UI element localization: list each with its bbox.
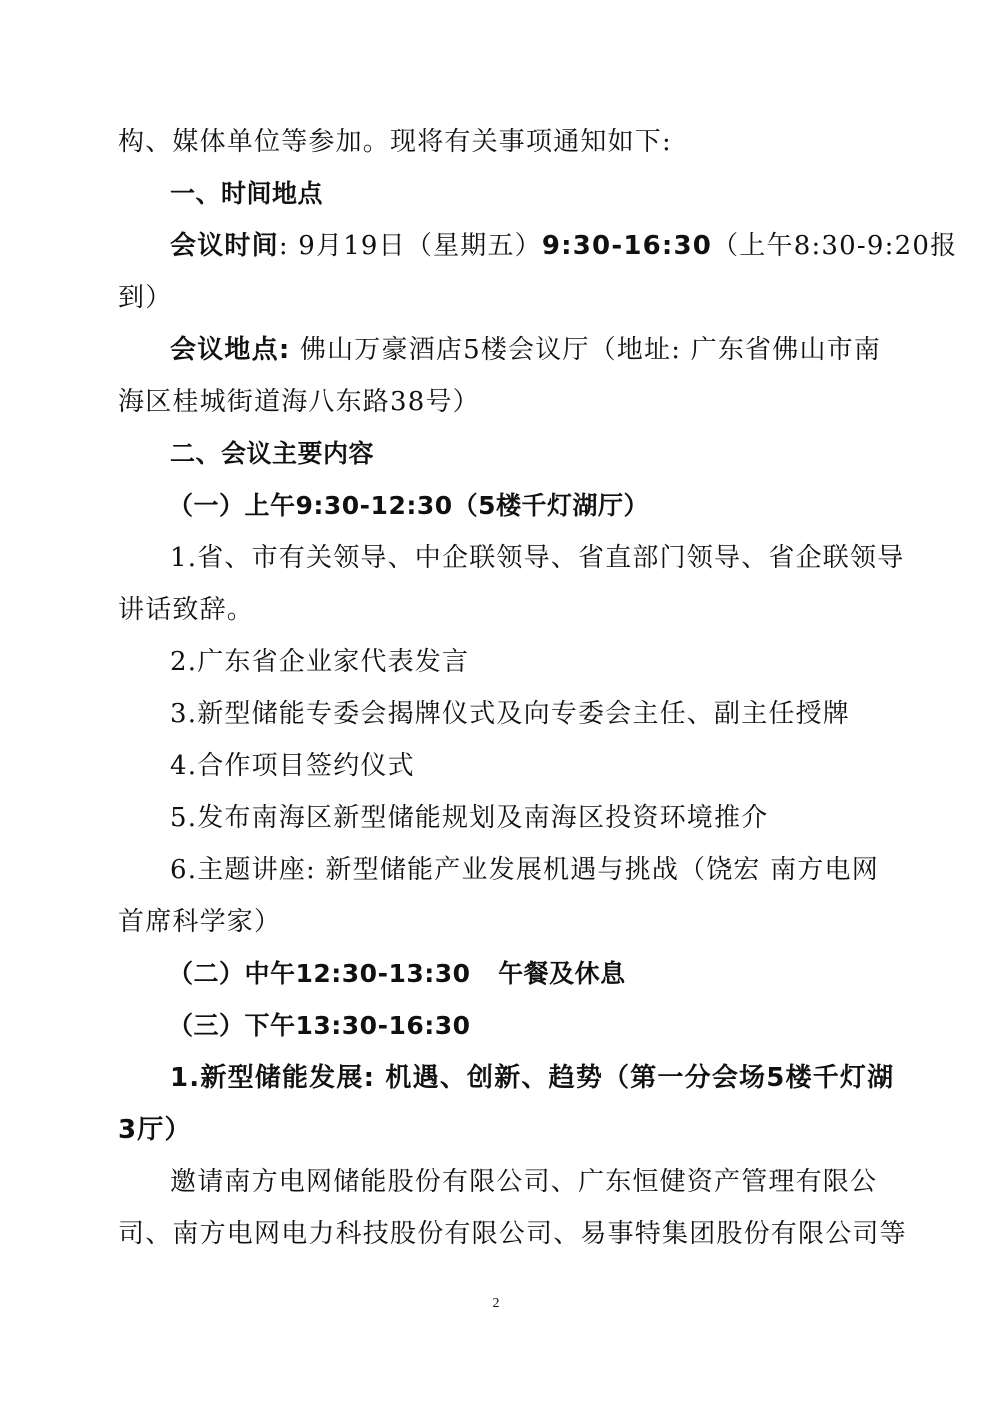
meeting-location-line: 会议地点: 佛山万豪酒店5楼会议厅（地址: 广东省佛山市南 [170,333,940,367]
agenda-item-3: 3.新型储能专委会揭牌仪式及向专委会主任、副主任授牌 [170,697,940,731]
agenda-item-5: 5.发布南海区新型储能规划及南海区投资环境推介 [170,801,940,835]
agenda-item-1-continuation: 讲话致辞。 [118,593,888,627]
meeting-time-value: 9:30-16:30 [542,231,712,261]
subsection-noon: （二）中午12:30-13:30 午餐及休息 [168,957,938,991]
agenda-item-2: 2.广东省企业家代表发言 [170,645,940,679]
invitation-paragraph: 邀请南方电网储能股份有限公司、广东恒健资产管理有限公 [170,1165,940,1199]
agenda-item-4: 4.合作项目签约仪式 [170,749,940,783]
intro-continuation: 构、媒体单位等参加。现将有关事项通知如下: [118,125,888,159]
agenda-item-1: 1.省、市有关领导、中企联领导、省直部门领导、省企联领导 [170,541,940,575]
meeting-time-label: 会议时间 [170,231,279,261]
afternoon-item-1: 1.新型储能发展: 机遇、创新、趋势（第一分会场5楼千灯湖 [170,1061,940,1095]
meeting-time-continuation: 到） [118,281,888,315]
meeting-time-line: 会议时间: 9月19日（星期五）9:30-16:30（上午8:30-9:20报 [170,229,940,263]
meeting-location-continuation: 海区桂城街道海八东路38号） [118,385,888,419]
meeting-location-label: 会议地点 [170,335,279,365]
subsection-afternoon: （三）下午13:30-16:30 [168,1009,938,1043]
section-heading-main-content: 二、会议主要内容 [170,437,940,471]
page-number: 2 [0,1296,992,1312]
afternoon-item-1-continuation: 3厅） [118,1113,888,1147]
agenda-item-6-continuation: 首席科学家） [118,905,888,939]
section-heading-time-location: 一、时间地点 [170,177,940,211]
subsection-morning: （一）上午9:30-12:30（5楼千灯湖厅） [168,489,938,523]
agenda-item-6: 6.主题讲座: 新型储能产业发展机遇与挑战（饶宏 南方电网 [170,853,940,887]
document-page: 构、媒体单位等参加。现将有关事项通知如下: 一、时间地点 会议时间: 9月19日… [0,0,992,1403]
invitation-paragraph-continuation: 司、南方电网电力科技股份有限公司、易事特集团股份有限公司等 [118,1217,888,1251]
